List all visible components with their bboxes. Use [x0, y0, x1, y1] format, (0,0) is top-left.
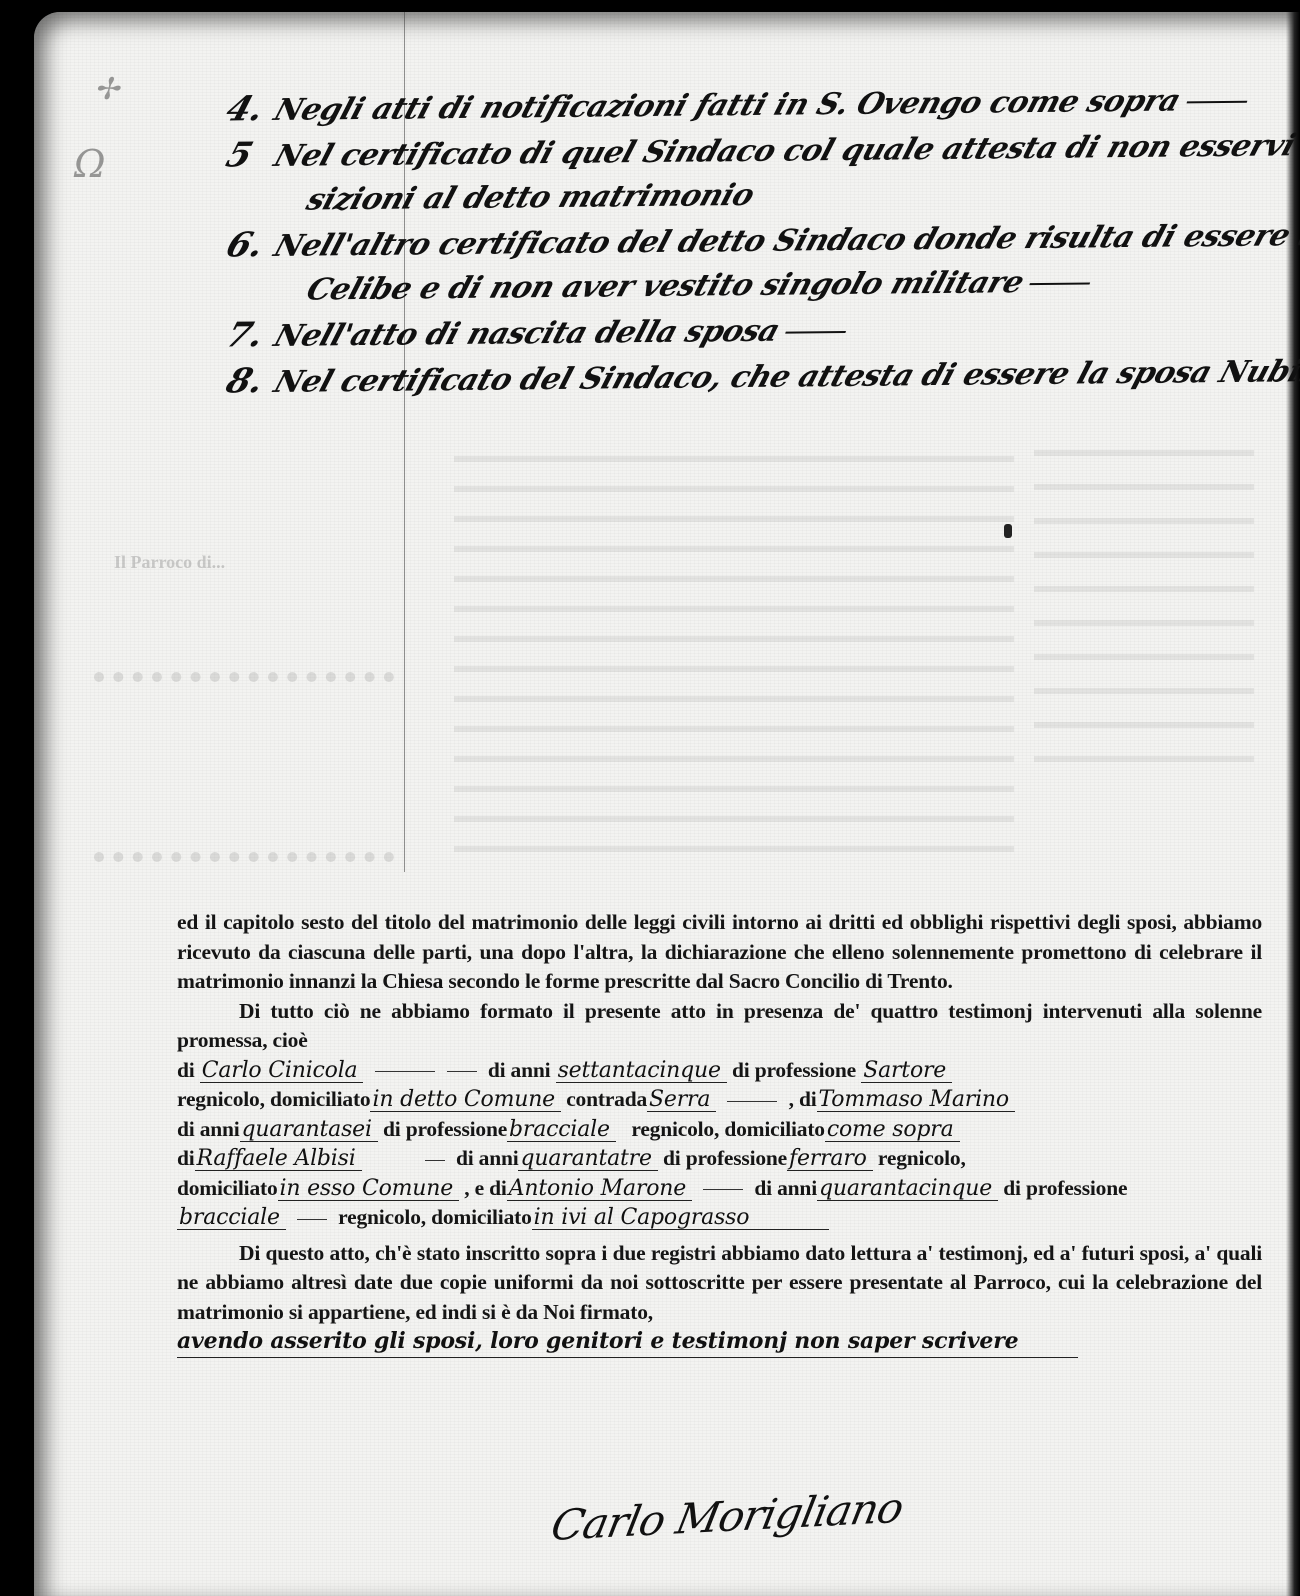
witness-age: quarantatre: [518, 1148, 657, 1171]
label: contrada: [566, 1087, 647, 1111]
witness-row-1b: regnicolo, domiciliatoin detto Comune co…: [177, 1085, 1262, 1115]
item-text: sizioni al detto matrimonio: [302, 178, 758, 218]
witness-street: Serra: [647, 1089, 716, 1112]
bleed-through-lines: [94, 672, 394, 862]
witness-row-3: diRaffaele Albisi di anniquarantatre di …: [177, 1144, 1262, 1174]
label: domiciliato: [724, 1117, 825, 1141]
witness-row-4: bracciale regnicolo, domiciliatoin ivi a…: [177, 1203, 1262, 1233]
closing-handwritten-note: avendo asserito gli sposi, loro genitori…: [177, 1327, 1078, 1358]
item-text: Nell'atto di nascita della sposa: [270, 314, 784, 354]
document-page: ✢ Ω Il Parroco di... 4. Negli atti di no…: [34, 12, 1300, 1596]
item-text: Celibe e di non aver vestito singolo mil…: [302, 265, 1028, 307]
label: regnicolo,: [338, 1205, 426, 1229]
ink-smudge: ✢: [94, 72, 119, 107]
witness-name: Antonio Marone: [507, 1178, 692, 1201]
label: regnicolo,: [631, 1117, 719, 1141]
bleed-through-lines: [454, 452, 1014, 852]
item-number: 5: [221, 133, 273, 177]
closing-line: avendo asserito gli sposi, loro genitori…: [177, 1327, 1262, 1358]
ink-spot: [1004, 524, 1012, 538]
label: di professione: [383, 1117, 507, 1141]
item-number: 7.: [221, 313, 273, 357]
official-signature: Carlo Morigliano: [547, 1483, 907, 1550]
paragraph-witnesses-intro: Di tutto ciò ne abbiamo formato il prese…: [177, 997, 1262, 1056]
label: di anni: [488, 1058, 551, 1082]
label: di professione: [663, 1146, 787, 1170]
item-number: 4.: [221, 87, 273, 131]
label: regnicolo,: [878, 1146, 966, 1170]
printed-body: ed il capitolo sesto del titolo del matr…: [177, 908, 1262, 1358]
label: di anni: [456, 1146, 519, 1170]
label: di professione: [732, 1058, 856, 1082]
witness-row-3b: domiciliatoin esso Comune , e diAntonio …: [177, 1174, 1262, 1204]
witness-name: Carlo Cinicola: [200, 1060, 364, 1083]
item-text: Nel certificato del Sindaco, che attesta…: [270, 354, 1300, 400]
handwritten-list: 4. Negli atti di notificazioni fatti in …: [229, 82, 1269, 400]
item-text: Nel certificato di quel Sindaco col qual…: [270, 126, 1300, 174]
witness-domicile: in detto Comune: [370, 1089, 561, 1112]
bleed-through-heading: Il Parroco di...: [114, 552, 225, 573]
label: di anni: [177, 1117, 240, 1141]
witness-profession: Sartore: [861, 1060, 952, 1083]
label: di professione: [1003, 1176, 1127, 1200]
label: di: [177, 1058, 195, 1082]
witness-profession: bracciale: [177, 1207, 286, 1230]
item-number: 8.: [221, 359, 273, 403]
label: di: [177, 1146, 195, 1170]
witness-age: quarantasei: [240, 1119, 378, 1142]
bleed-through-lines: [1034, 442, 1254, 762]
witness-row-1: di Carlo Cinicola di anni settantacinque…: [177, 1056, 1262, 1086]
list-item: 8. Nel certificato del Sindaco, che atte…: [220, 349, 1278, 406]
label: domiciliato: [177, 1176, 278, 1200]
label: , di: [789, 1087, 817, 1111]
witness-name: Tommaso Marino: [817, 1089, 1015, 1112]
label: domiciliato: [431, 1205, 532, 1229]
label: di anni: [754, 1176, 817, 1200]
witness-profession: bracciale: [507, 1119, 616, 1142]
item-number: 6.: [221, 223, 273, 267]
label: regnicolo,: [177, 1087, 265, 1111]
witness-row-2: di anniquarantasei di professionebraccia…: [177, 1115, 1262, 1145]
witness-profession: ferraro: [787, 1148, 873, 1171]
ink-smudge: Ω: [74, 142, 106, 186]
label: domiciliato: [270, 1087, 371, 1111]
label: , e di: [464, 1176, 506, 1200]
witness-domicile: come sopra: [825, 1119, 960, 1142]
paragraph-reading-and-copies: Di questo atto, ch'è stato inscritto sop…: [177, 1239, 1262, 1328]
witness-domicile: in ivi al Capograsso: [532, 1207, 830, 1230]
paragraph-rights-declaration: ed il capitolo sesto del titolo del matr…: [177, 908, 1262, 997]
witness-age: quarantacinque: [817, 1178, 998, 1201]
item-text: Negli atti di notificazioni fatti in S. …: [270, 84, 1185, 128]
witness-age: settantacinque: [556, 1060, 727, 1083]
witness-domicile: in esso Comune: [278, 1178, 460, 1201]
item-text: Nell'altro certificato del detto Sindaco…: [270, 217, 1300, 264]
witness-name: Raffaele Albisi: [195, 1148, 362, 1171]
